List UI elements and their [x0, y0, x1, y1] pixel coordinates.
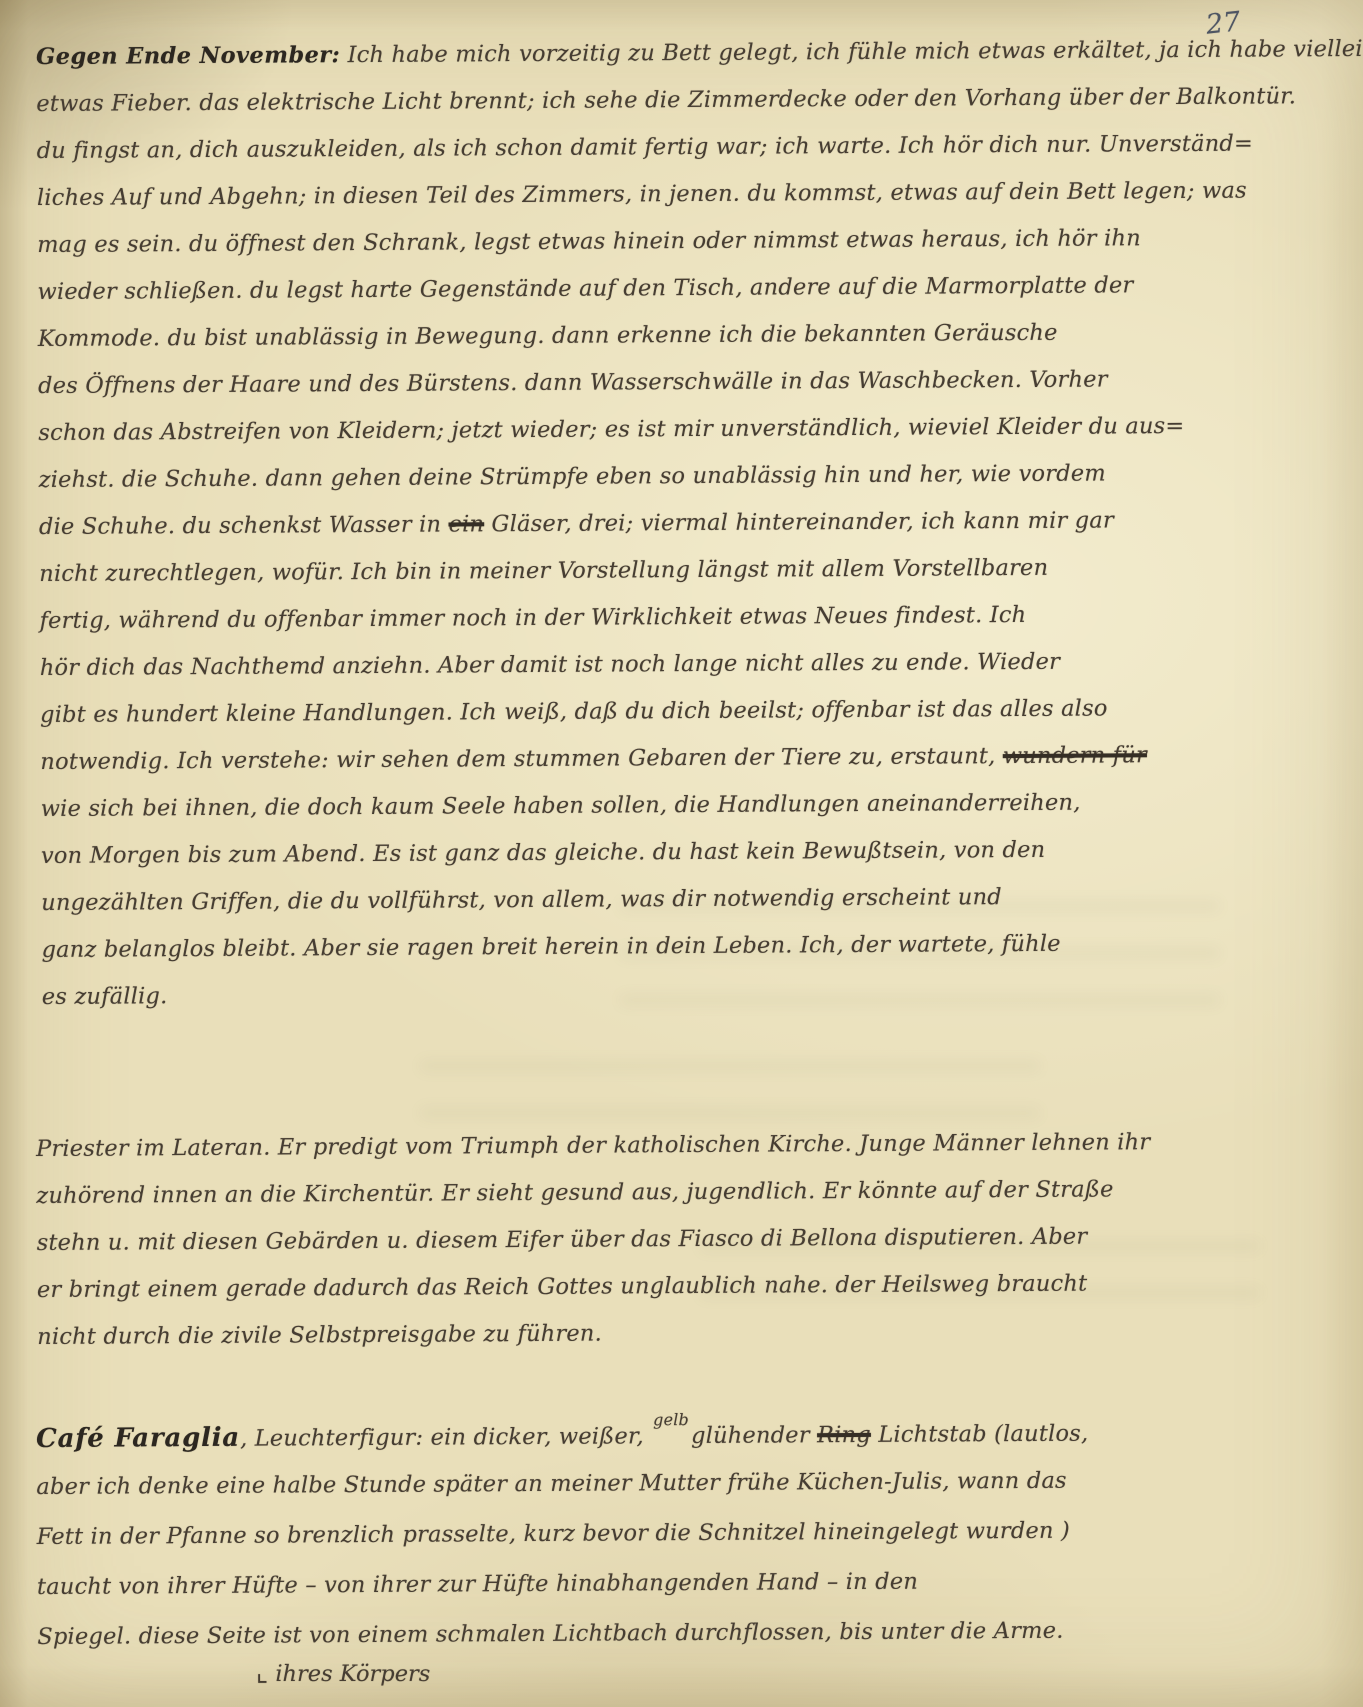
line-text: ziehst. die Schuhe. dann gehen deine Str…	[39, 460, 1106, 493]
manuscript-line: von Morgen bis zum Abend. Es ist ganz da…	[41, 835, 1342, 890]
line-text: wieder schließen. du legst harte Gegenst…	[37, 272, 1133, 305]
struck-word: ein	[448, 511, 484, 537]
manuscript-line: Café Faraglia, Leuchterfigur: ein dicker…	[36, 1416, 1337, 1474]
line-text: ungezählten Griffen, die du vollführst, …	[41, 884, 1002, 916]
manuscript-line: des Öffnens der Haare und des Bürstens. …	[38, 365, 1339, 420]
manuscript-line: ziehst. die Schuhe. dann gehen deine Str…	[39, 459, 1340, 514]
line-text: stehn u. mit diesen Gebärden u. diesem E…	[37, 1224, 1088, 1256]
manuscript-line: du fingst an, dich auszukleiden, als ich…	[37, 130, 1338, 185]
line-text: Fett in der Pfanne so brenzlich prasselt…	[37, 1518, 1070, 1550]
line-text: wie sich bei ihnen, die doch kaum Seele …	[41, 790, 1081, 822]
manuscript-line: taucht von ihrer Hüfte – von ihrer zur H…	[37, 1566, 1338, 1624]
line-text: mag es sein. du öffnest den Schrank, leg…	[37, 225, 1141, 258]
manuscript-line: etwas Fieber. das elektrische Licht bren…	[36, 83, 1337, 138]
line-text: Spiegel. diese Seite ist von einem schma…	[37, 1618, 1063, 1650]
manuscript-line: liches Auf und Abgehn; in diesen Teil de…	[37, 177, 1338, 232]
line-text: er bringt einem gerade dadurch das Reich…	[37, 1271, 1087, 1303]
line-text: es zufällig.	[42, 983, 168, 1010]
manuscript-line: gibt es hundert kleine Handlungen. Ich w…	[40, 694, 1341, 749]
manuscript-line: aber ich denke eine halbe Stunde später …	[36, 1466, 1337, 1524]
struck-word: Ring	[817, 1422, 871, 1448]
line-emphasis: Café Faraglia	[36, 1423, 240, 1454]
line-text: notwendig. Ich verstehe: wir sehen dem s…	[40, 743, 1003, 775]
manuscript-line: Kommode. du bist unablässig in Bewegung.…	[38, 318, 1339, 373]
line-text: glühender	[691, 1422, 817, 1449]
manuscript-line: er bringt einem gerade dadurch das Reich…	[37, 1269, 1338, 1324]
manuscript-line: nicht durch die zivile Selbstpreisgabe z…	[37, 1316, 1338, 1371]
ink-bleedthrough	[420, 1060, 1040, 1120]
manuscript-line: zuhörend innen an die Kirchentür. Er sie…	[36, 1175, 1337, 1230]
line-text: des Öffnens der Haare und des Bürstens. …	[38, 366, 1108, 399]
line-text: fertig, während du offenbar immer noch i…	[39, 602, 1026, 634]
manuscript-line: Priester im Lateran. Er predigt vom Triu…	[36, 1128, 1337, 1183]
struck-word: wundern für	[1003, 742, 1147, 769]
interlinear-insertion: gelb	[653, 1410, 689, 1429]
diary-entry-priester-lateran: Priester im Lateran. Er predigt vom Triu…	[36, 1128, 1338, 1371]
insertion-caret-icon: ⌞	[256, 1658, 268, 1688]
line-text: hör dich das Nachthemd anziehn. Aber dam…	[40, 649, 1060, 681]
manuscript-line: schon das Abstreifen von Kleidern; jetzt…	[38, 412, 1339, 467]
line-text: aber ich denke eine halbe Stunde später …	[36, 1468, 1067, 1500]
line-text: Kommode. du bist unablässig in Bewegung.…	[38, 320, 1058, 352]
diary-entry-bedtime: Gegen Ende November: Ich habe mich vorze…	[36, 36, 1343, 1031]
line-text: , Leuchterfigur: ein dicker, weißer,	[240, 1423, 651, 1452]
marginal-insertion: ⌞ ihres Körpers	[256, 1658, 430, 1688]
line-text: Lichtstab (lautlos,	[871, 1421, 1088, 1448]
line-text: nicht durch die zivile Selbstpreisgabe z…	[37, 1321, 602, 1350]
manuscript-line: nicht zurechtlegen, wofür. Ich bin in me…	[39, 553, 1340, 608]
manuscript-line: wieder schließen. du legst harte Gegenst…	[37, 271, 1338, 326]
line-text: zuhörend innen an die Kirchentür. Er sie…	[36, 1176, 1113, 1209]
page-number: 27	[1204, 6, 1241, 40]
line-emphasis: Gegen Ende November:	[36, 42, 340, 70]
line-text: Ich habe mich vorzeitig zu Bett gelegt, …	[340, 36, 1363, 68]
manuscript-page: 27 Gegen Ende November: Ich habe mich vo…	[0, 0, 1363, 1707]
line-text: Gläser, drei; viermal hintereinander, ic…	[484, 507, 1114, 537]
manuscript-line: wie sich bei ihnen, die doch kaum Seele …	[41, 788, 1342, 843]
manuscript-line: ungezählten Griffen, die du vollführst, …	[41, 882, 1342, 937]
manuscript-line: notwendig. Ich verstehe: wir sehen dem s…	[40, 741, 1341, 796]
manuscript-line: fertig, während du offenbar immer noch i…	[39, 600, 1340, 655]
manuscript-line: es zufällig.	[42, 976, 1343, 1031]
manuscript-line: mag es sein. du öffnest den Schrank, leg…	[37, 224, 1338, 279]
manuscript-line: Fett in der Pfanne so brenzlich prasselt…	[37, 1516, 1338, 1574]
line-text: Priester im Lateran. Er predigt vom Triu…	[36, 1129, 1150, 1162]
manuscript-line: ganz belanglos bleibt. Aber sie ragen br…	[41, 929, 1342, 984]
line-text: schon das Abstreifen von Kleidern; jetzt…	[38, 413, 1184, 446]
line-text: gibt es hundert kleine Handlungen. Ich w…	[40, 695, 1108, 728]
line-text: nicht zurechtlegen, wofür. Ich bin in me…	[39, 555, 1048, 587]
manuscript-line: stehn u. mit diesen Gebärden u. diesem E…	[37, 1222, 1338, 1277]
line-text: die Schuhe. du schenkst Wasser in	[39, 511, 449, 540]
line-text: ganz belanglos bleibt. Aber sie ragen br…	[41, 931, 1060, 963]
manuscript-line: hör dich das Nachthemd anziehn. Aber dam…	[40, 647, 1341, 702]
manuscript-line: die Schuhe. du schenkst Wasser in ein Gl…	[39, 506, 1340, 561]
manuscript-line: Spiegel. diese Seite ist von einem schma…	[37, 1616, 1338, 1674]
line-text: von Morgen bis zum Abend. Es ist ganz da…	[41, 837, 1045, 869]
manuscript-line: Gegen Ende November: Ich habe mich vorze…	[36, 36, 1337, 91]
insertion-text: ihres Körpers	[268, 1661, 430, 1687]
line-text: taucht von ihrer Hüfte – von ihrer zur H…	[37, 1569, 918, 1600]
diary-entry-cafe-faraglia: Café Faraglia, Leuchterfigur: ein dicker…	[36, 1416, 1339, 1674]
